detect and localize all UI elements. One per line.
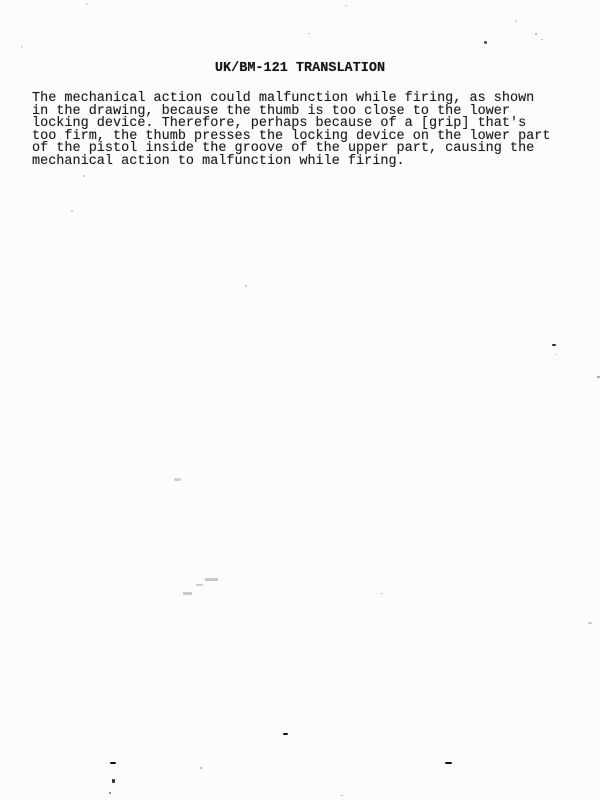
scan-artifact (83, 175, 85, 177)
body-line-6: mechanical action to malfunction while f… (32, 156, 572, 169)
scan-artifact (308, 33, 310, 34)
scan-artifact (541, 39, 543, 40)
scan-artifact (535, 33, 537, 35)
scan-artifact (552, 344, 556, 346)
scanned-document-page: UK/BM-121 TRANSLATION The mechanical act… (0, 0, 600, 800)
scan-artifact (71, 210, 73, 212)
scan-artifact (283, 733, 288, 735)
scan-artifact (174, 478, 181, 481)
scan-artifact (380, 593, 383, 594)
scan-artifact (341, 795, 343, 796)
scan-artifact (555, 354, 556, 355)
scan-artifact (196, 584, 203, 586)
scan-artifact (205, 578, 218, 581)
scan-artifact (183, 592, 192, 595)
scan-artifact (245, 285, 247, 287)
scan-artifact (588, 622, 592, 624)
scan-artifact (86, 3, 88, 5)
scan-artifact (109, 792, 111, 794)
scan-artifact (21, 46, 23, 48)
scan-artifact (445, 762, 452, 764)
document-title: UK/BM-121 TRANSLATION (0, 62, 600, 76)
document-body: The mechanical action could malfunction … (32, 93, 572, 168)
scan-artifact (515, 20, 517, 22)
scan-artifact (110, 762, 116, 764)
scan-artifact (484, 41, 487, 44)
scan-artifact (200, 767, 202, 769)
scan-artifact (345, 5, 347, 7)
scan-artifact (112, 779, 115, 783)
